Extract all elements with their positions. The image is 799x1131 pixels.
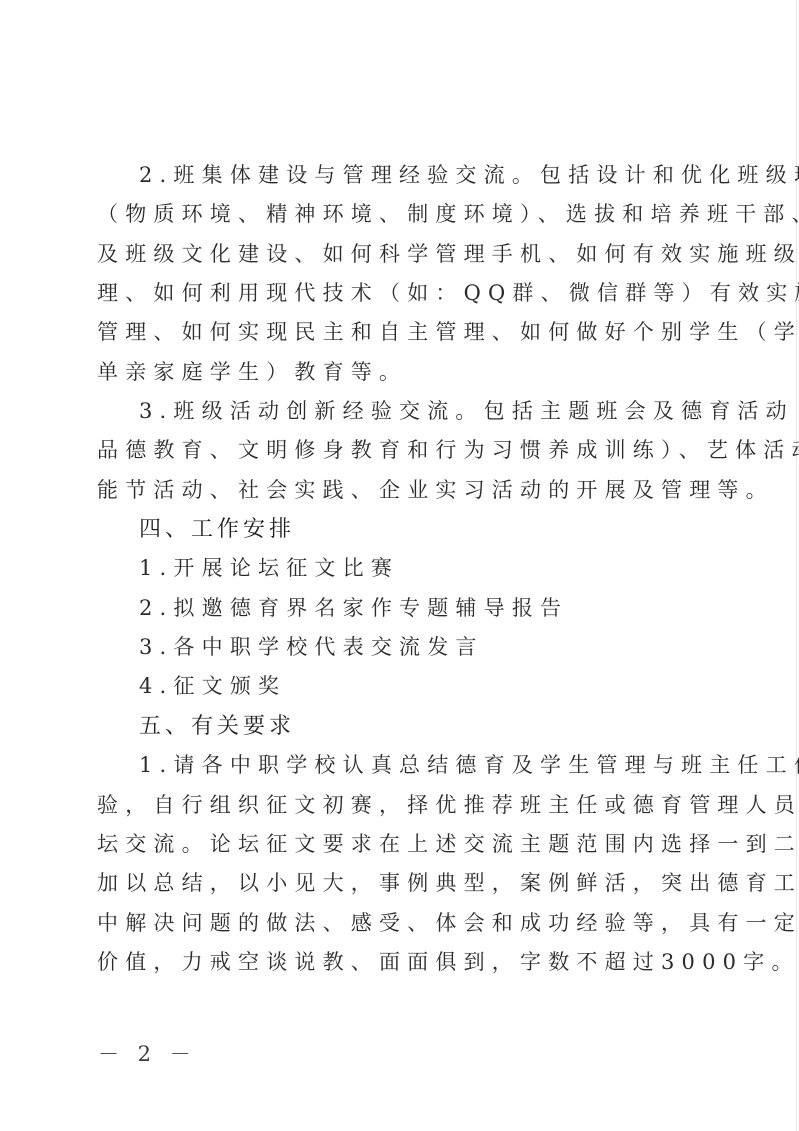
list-item: 1.开展论坛征文比赛 bbox=[97, 549, 697, 588]
text-line: 单亲家庭学生）教育等。 bbox=[97, 353, 697, 392]
paragraph-class-activities: 3.班级活动创新经验交流。包括主题班会及德育活动（思想 品德教育、文明修身教育和… bbox=[97, 392, 697, 510]
list-item: 3.各中职学校代表交流发言 bbox=[97, 628, 697, 667]
text-line: 2.班集体建设与管理经验交流。包括设计和优化班级环境 bbox=[97, 156, 697, 195]
text-line: 理、如何利用现代技术（如：QQ群、微信群等）有效实施班级 bbox=[97, 274, 697, 313]
section-heading-work-arrangement: 四、工作安排 bbox=[97, 510, 697, 549]
list-item: 4.征文颁奖 bbox=[97, 667, 697, 706]
section-heading-requirements: 五、有关要求 bbox=[97, 707, 697, 746]
document-page: 2.班集体建设与管理经验交流。包括设计和优化班级环境 （物质环境、精神环境、制度… bbox=[0, 0, 799, 1131]
page-number: － 2 － bbox=[98, 1038, 197, 1068]
paragraph-class-building: 2.班集体建设与管理经验交流。包括设计和优化班级环境 （物质环境、精神环境、制度… bbox=[97, 156, 697, 392]
text-line: 管理、如何实现民主和自主管理、如何做好个别学生（学困生、 bbox=[97, 313, 697, 352]
text-line: 及班级文化建设、如何科学管理手机、如何有效实施班级常规管 bbox=[97, 235, 697, 274]
text-line: 价值，力戒空谈说教、面面俱到，字数不超过3000字。 bbox=[97, 943, 697, 982]
text-line: 品德教育、文明修身教育和行为习惯养成训练）、艺体活动、技 bbox=[97, 431, 697, 470]
paragraph-requirements: 1.请各中职学校认真总结德育及学生管理与班主任工作经 验，自行组织征文初赛，择优… bbox=[97, 746, 697, 982]
text-line: （物质环境、精神环境、制度环境）、选拔和培养班干部、班风 bbox=[97, 195, 697, 234]
text-line: 1.请各中职学校认真总结德育及学生管理与班主任工作经 bbox=[97, 746, 697, 785]
text-line: 能节活动、社会实践、企业实习活动的开展及管理等。 bbox=[97, 471, 697, 510]
document-body: 2.班集体建设与管理经验交流。包括设计和优化班级环境 （物质环境、精神环境、制度… bbox=[97, 156, 697, 982]
text-line: 加以总结，以小见大，事例典型，案例鲜活，突出德育工作实践 bbox=[97, 864, 697, 903]
list-item: 2.拟邀德育界名家作专题辅导报告 bbox=[97, 589, 697, 628]
text-line: 中解决问题的做法、感受、体会和成功经验等，具有一定的推广 bbox=[97, 904, 697, 943]
text-line: 验，自行组织征文初赛，择优推荐班主任或德育管理人员参与论 bbox=[97, 786, 697, 825]
text-line: 坛交流。论坛征文要求在上述交流主题范围内选择一到二个方面 bbox=[97, 825, 697, 864]
text-line: 3.班级活动创新经验交流。包括主题班会及德育活动（思想 bbox=[97, 392, 697, 431]
